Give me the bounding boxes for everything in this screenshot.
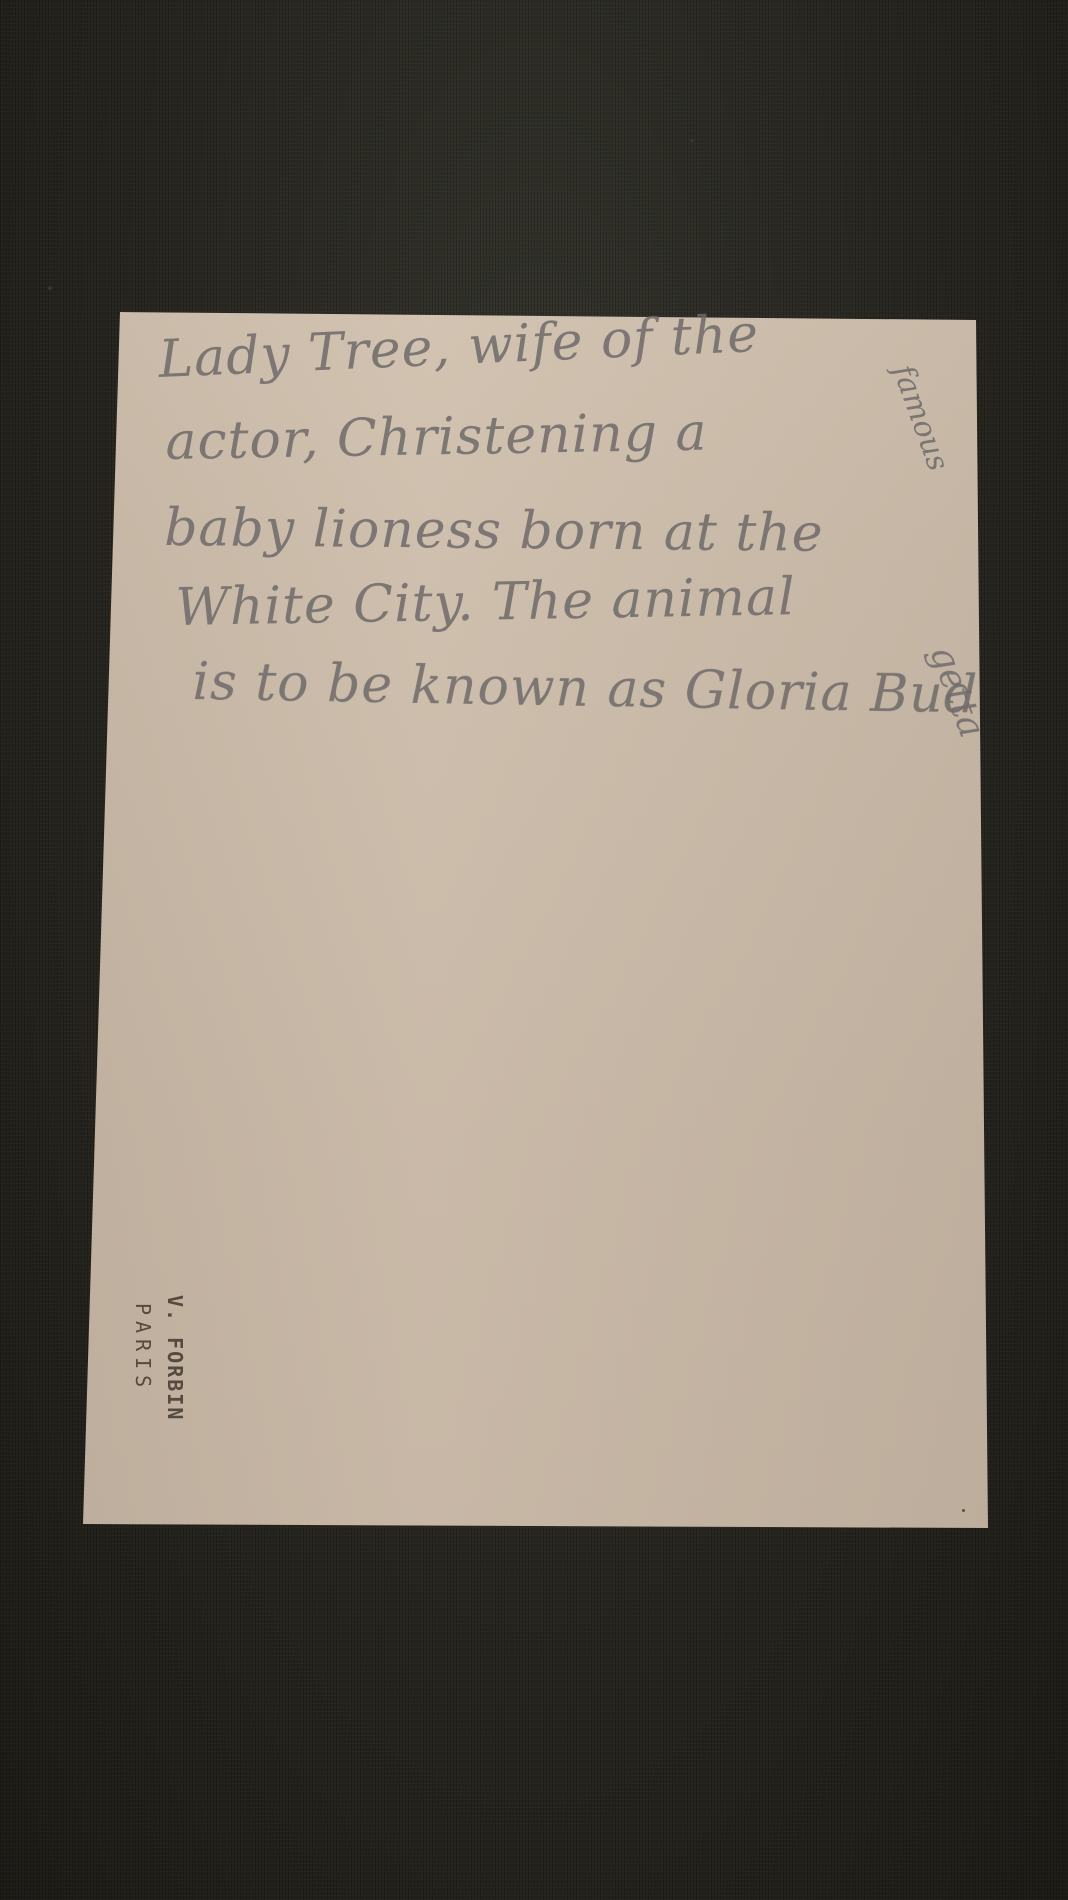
paper-mark	[962, 1509, 965, 1512]
stamp-name: V. FORBIN	[158, 1295, 192, 1421]
photo-card-back	[0, 0, 1068, 1900]
inscription-line-3: baby lioness born at the	[164, 498, 824, 564]
stamp-city: PARIS	[126, 1303, 160, 1393]
inscription-line-4: White City. The animal	[175, 567, 796, 638]
inscription-line-2: actor, Christening a	[165, 403, 708, 472]
dust-speck	[48, 286, 52, 290]
photo-scene: Lady Tree, wife of the actor, Christenin…	[0, 0, 1068, 1900]
dust-speck	[690, 139, 694, 142]
